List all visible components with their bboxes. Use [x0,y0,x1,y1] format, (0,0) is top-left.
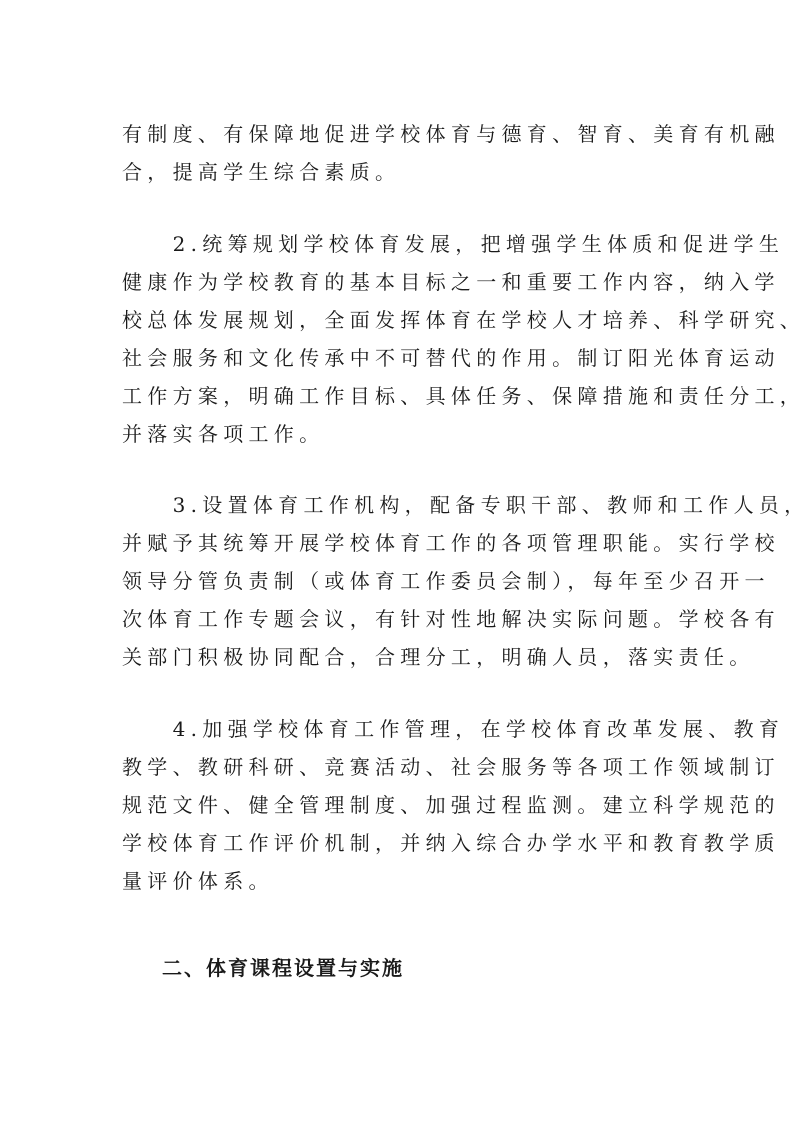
paragraph-4-line-2: 教学、教研科研、竞赛活动、社会服务等各项工作领域制订 [122,754,682,780]
document-page: 有制度、有保障地促进学校体育与德育、智育、美育有机融 合，提高学生综合素质。 2… [0,0,793,1122]
paragraph-2-line-6: 并落实各项工作。 [122,421,682,447]
paragraph-4-line-4: 学校体育工作评价机制，并纳入综合办学水平和教育教学质 [122,830,682,856]
paragraph-1-line-1: 有制度、有保障地促进学校体育与德育、智育、美育有机融 [122,121,682,147]
paragraph-4-line-5: 量评价体系。 [122,868,682,894]
paragraph-3-line-5: 关部门积极协同配合，合理分工，明确人员，落实责任。 [122,644,682,670]
paragraph-2-line-3: 校总体发展规划，全面发挥体育在学校人才培养、科学研究、 [122,307,682,333]
paragraph-4-line-3: 规范文件、健全管理制度、加强过程监测。建立科学规范的 [122,792,682,818]
paragraph-3-line-1: 3.设置体育工作机构，配备专职干部、教师和工作人员， [122,492,682,518]
paragraph-1-line-2: 合，提高学生综合素质。 [122,159,682,185]
section-heading: 二、体育课程设置与实施 [162,955,404,981]
paragraph-4-line-1: 4.加强学校体育工作管理，在学校体育改革发展、教育 [122,716,682,742]
paragraph-3-line-4: 次体育工作专题会议，有针对性地解决实际问题。学校各有 [122,606,682,632]
paragraph-2-line-2: 健康作为学校教育的基本目标之一和重要工作内容，纳入学 [122,269,682,295]
paragraph-3-line-3: 领导分管负责制（或体育工作委员会制），每年至少召开一 [122,568,682,594]
paragraph-3-line-2: 并赋予其统筹开展学校体育工作的各项管理职能。实行学校 [122,530,682,556]
paragraph-2-line-1: 2.统筹规划学校体育发展，把增强学生体质和促进学生 [122,231,682,257]
paragraph-2-line-5: 工作方案，明确工作目标、具体任务、保障措施和责任分工， [122,383,682,409]
paragraph-2-line-4: 社会服务和文化传承中不可替代的作用。制订阳光体育运动 [122,345,682,371]
